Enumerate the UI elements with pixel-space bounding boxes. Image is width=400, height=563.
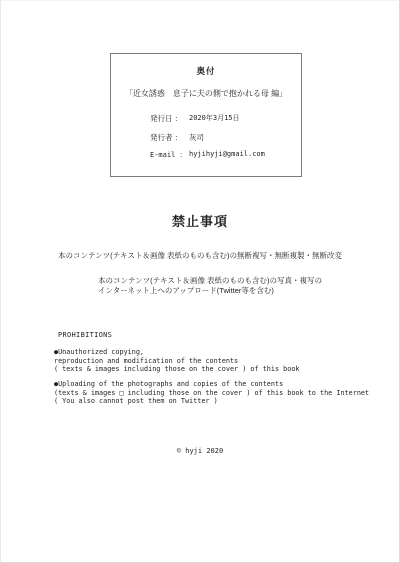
publish-date-label: 発行日 ： xyxy=(150,113,182,124)
publish-date-value: 2020年3月15日 xyxy=(189,113,240,123)
colophon-page: 奥付 「近女誘惑 息子に夫の側で抱かれる母 編」 発行日 ： 2020年3月15… xyxy=(0,0,400,563)
prohibitions-en-bullet2-line1: ●Uploading of the photographs and copies… xyxy=(54,380,369,389)
prohibitions-jp-para1: 本のコンテンツ(テキスト＆画像 表紙のものも含む)の無断複写・無断複製・無断改変 xyxy=(1,250,399,261)
prohibitions-en-bullet1-line3: ( texts & images including those on the … xyxy=(54,365,300,374)
colophon-heading: 奥付 xyxy=(111,65,301,77)
email-value: hyjihyji@gmail.com xyxy=(189,150,265,158)
prohibitions-en-bullet1: ●Unauthorized copying, reproduction and … xyxy=(54,348,300,374)
prohibitions-jp-para2-line1: 本のコンテンツ(テキスト＆画像 表紙のものも含む)の写真・複写の xyxy=(98,276,322,286)
prohibitions-en-heading: PROHIBITIONS xyxy=(58,331,112,339)
colophon-box: 奥付 「近女誘惑 息子に夫の側で抱かれる母 編」 発行日 ： 2020年3月15… xyxy=(110,53,302,177)
prohibitions-en-bullet1-line2: reproduction and modification of the con… xyxy=(54,357,300,366)
prohibitions-en-bullet2: ●Uploading of the photographs and copies… xyxy=(54,380,369,406)
prohibitions-en-bullet2-line2: (texts & images □ including those on the… xyxy=(54,389,369,398)
publisher-value: 灰司 xyxy=(189,132,204,143)
book-title: 「近女誘惑 息子に夫の側で抱かれる母 編」 xyxy=(111,88,301,99)
prohibitions-jp-heading: 禁止事項 xyxy=(1,211,399,230)
prohibitions-jp-para2: 本のコンテンツ(テキスト＆画像 表紙のものも含む)の写真・複写の インターネット… xyxy=(98,276,322,295)
copyright-line: © hyji 2020 xyxy=(1,447,399,455)
publisher-label: 発行者 ： xyxy=(150,132,182,143)
prohibitions-en-bullet2-line3: ( You also cannot post them on Twitter ) xyxy=(54,397,369,406)
email-label: E-mail ： xyxy=(150,150,187,160)
prohibitions-en-bullet1-line1: ●Unauthorized copying, xyxy=(54,348,300,357)
prohibitions-jp-para2-line2: インターネット上へのアップロード(Twitter等を含む) xyxy=(98,286,322,296)
